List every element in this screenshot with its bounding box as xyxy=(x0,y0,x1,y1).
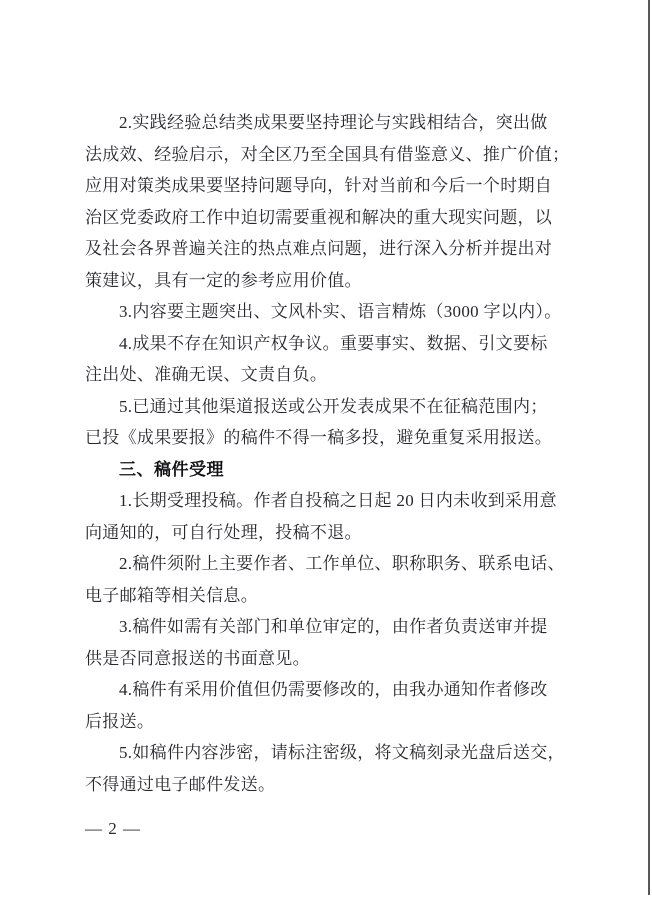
item-2-practice-experience: 2.实践经验总结类成果要坚持理论与实践相结合，突出做 法成效、经验启示，对全区乃… xyxy=(85,107,597,296)
acceptance-item-2-author-info: 2.稿件须附上主要作者、工作单位、职称职务、联系电话、 电子邮箱等相关信息。 xyxy=(85,548,597,611)
acceptance-item-5-classified: 5.如稿件内容涉密，请标注密级，将文稿刻录光盘后送交， 不得通过电子邮件发送。 xyxy=(85,737,597,800)
section-heading-manuscript-acceptance: 三、稿件受理 xyxy=(85,454,597,486)
page-edge-line xyxy=(648,0,650,895)
item-3-content-requirement: 3.内容要主题突出、文风朴实、语言精炼（3000 字以内）。 xyxy=(85,296,597,328)
acceptance-item-4-revision: 4.稿件有采用价值但仍需要修改的，由我办通知作者修改 后报送。 xyxy=(85,674,597,737)
acceptance-item-1-long-term: 1.长期受理投稿。作者自投稿之日起 20 日内未收到采用意 向通知的，可自行处理… xyxy=(85,485,597,548)
item-5-no-duplicate-submission: 5.已通过其他渠道报送或公开发表成果不在征稿范围内； 已投《成果要报》的稿件不得… xyxy=(85,391,597,454)
acceptance-item-3-review-approval: 3.稿件如需有关部门和单位审定的，由作者负责送审并提 供是否同意报送的书面意见。 xyxy=(85,611,597,674)
item-4-ip-disclaimer: 4.成果不存在知识产权争议。重要事实、数据、引文要标 注出处、准确无误、文责自负… xyxy=(85,328,597,391)
document-page: 2.实践经验总结类成果要坚持理论与实践相结合，突出做 法成效、经验启示，对全区乃… xyxy=(0,0,652,912)
page-number: — 2 — xyxy=(85,813,141,845)
document-body: 2.实践经验总结类成果要坚持理论与实践相结合，突出做 法成效、经验启示，对全区乃… xyxy=(85,107,597,800)
